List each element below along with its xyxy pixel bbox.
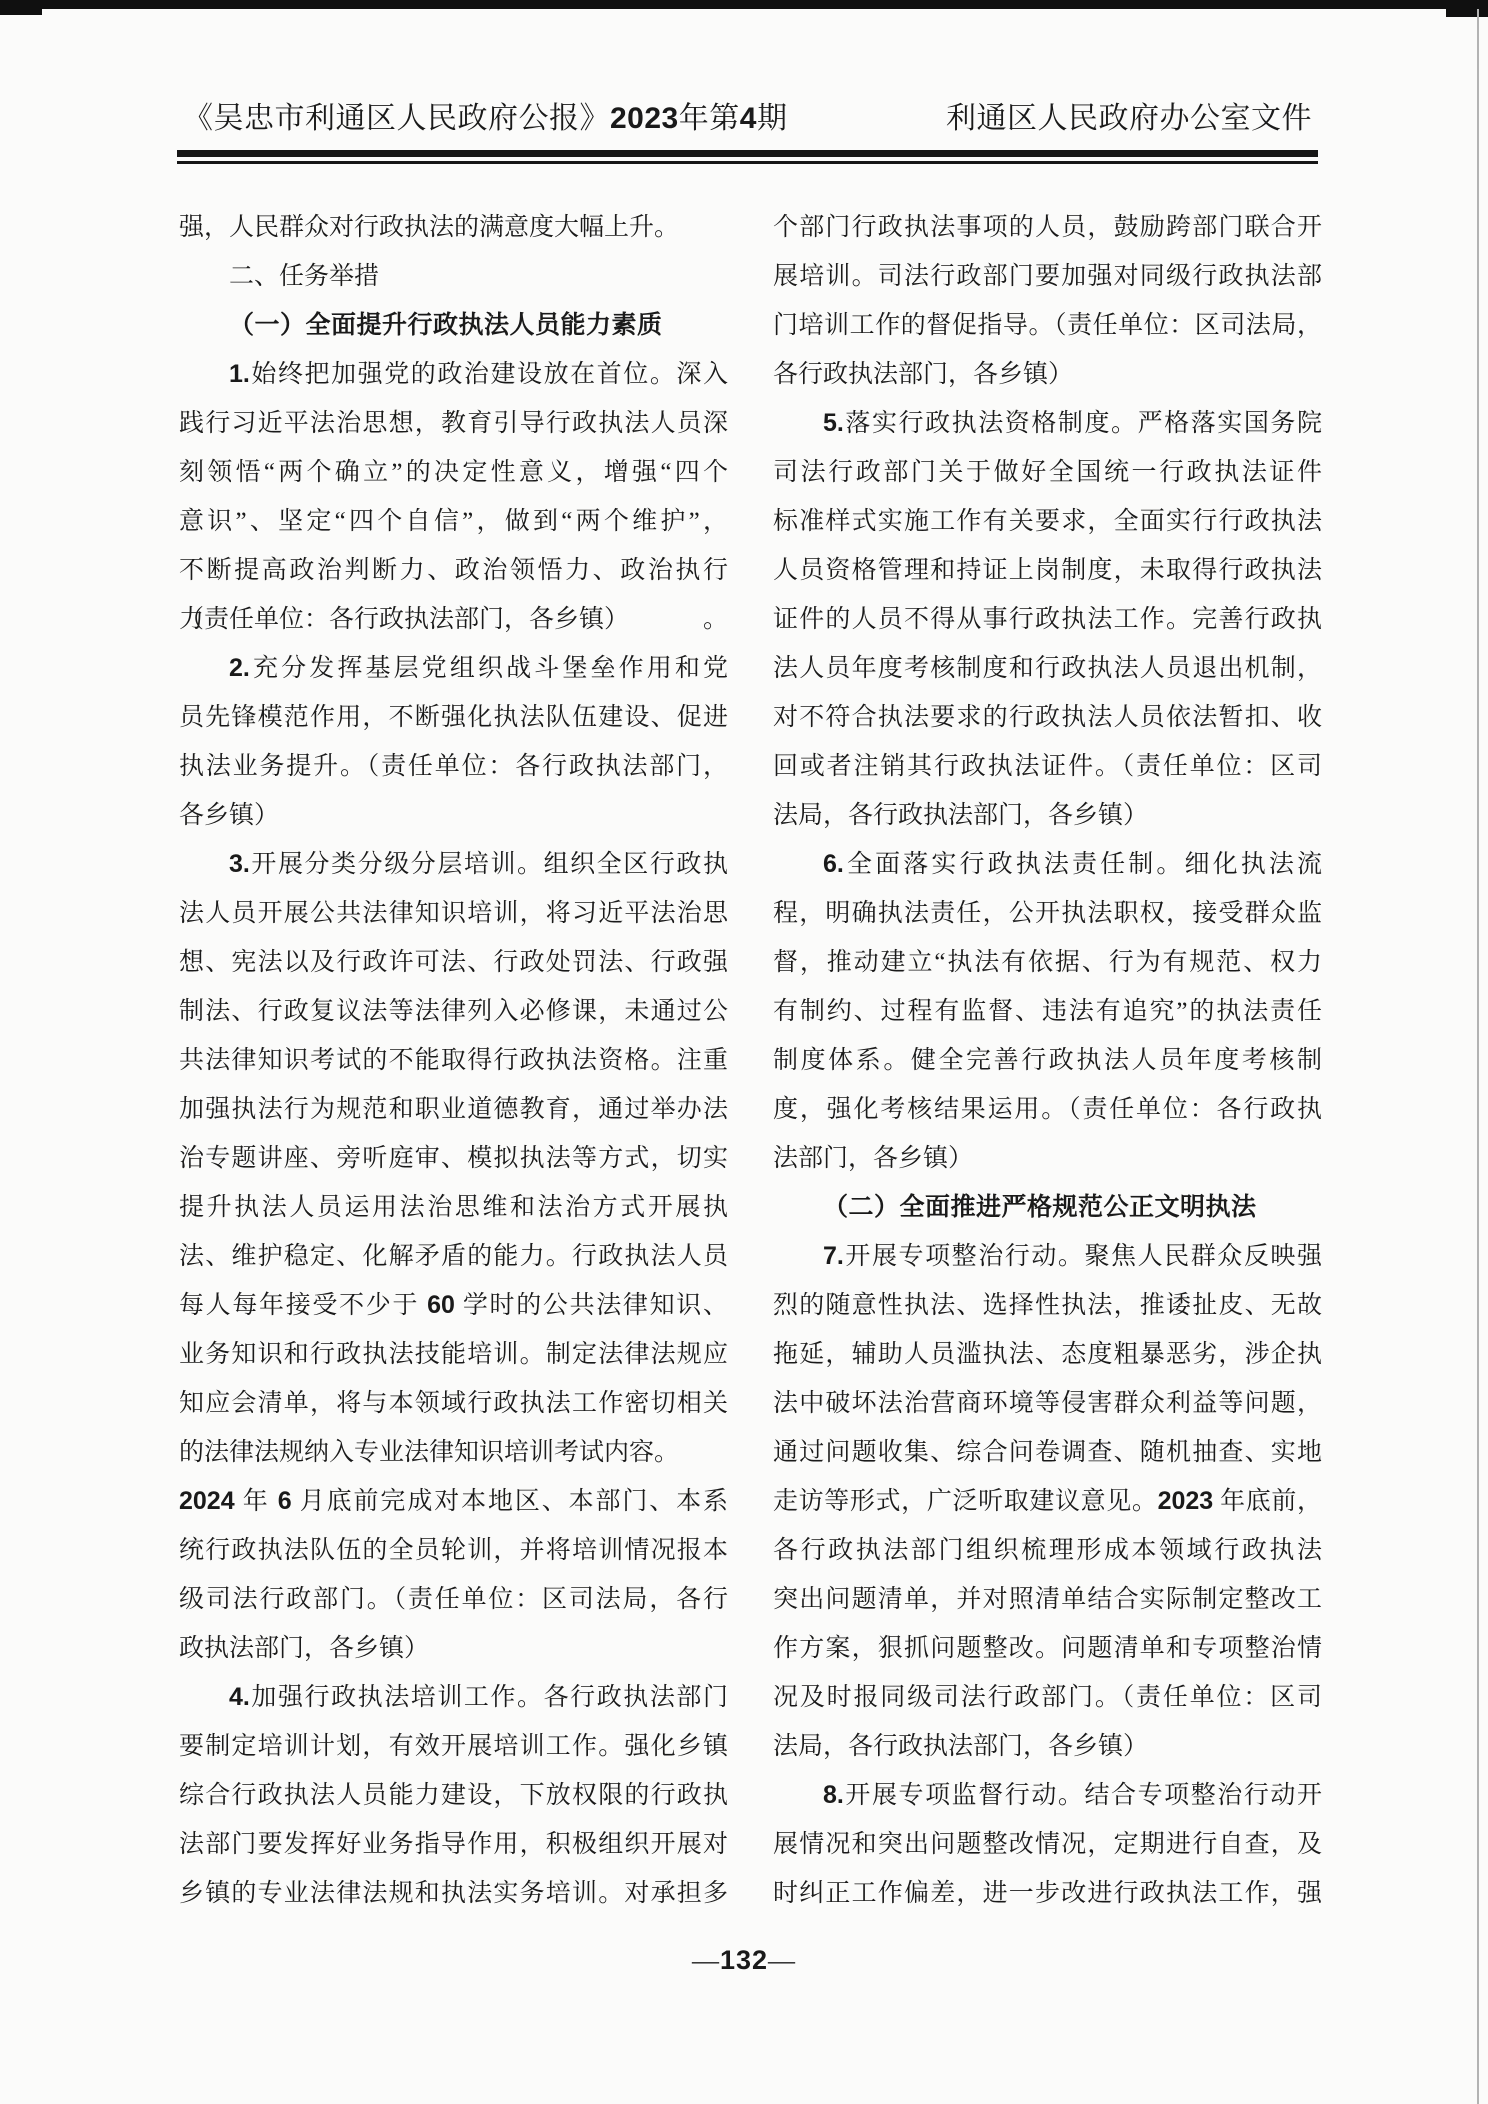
header-publication-title: 《吴忠市利通区人民政府公报》2023年第4期 xyxy=(183,101,787,137)
body-line: 展情况和突出问题整改情况，定期进行自查，及 xyxy=(773,1820,1322,1869)
body-line: 法人员年度考核制度和行政执法人员退出机制， xyxy=(773,644,1322,693)
chapter-heading: 二、任务举措 xyxy=(179,252,728,301)
body-line: 时纠正工作偏差，进一步改进行政执法工作，强 xyxy=(773,1869,1322,1918)
body-line: 证件的人员不得从事行政执法工作。完善行政执 xyxy=(773,595,1322,644)
body-line: 展培训。司法行政部门要加强对同级行政执法部 xyxy=(773,252,1322,301)
body-line: 加强执法行为规范和职业道德教育，通过举办法 xyxy=(179,1085,728,1134)
body-line: 刻领悟“两个确立”的决定性意义，增强“四个 xyxy=(179,448,728,497)
body-line: 法人员开展公共法律知识培训，将习近平法治思 xyxy=(179,889,728,938)
body-line: 政执法部门，各乡镇） xyxy=(179,1624,728,1673)
body-line: 4.加强行政执法培训工作。各行政执法部门 xyxy=(179,1673,728,1722)
body-line: 2024 年 6 月底前完成对本地区、本部门、本系 xyxy=(179,1477,728,1526)
body-line: 督，推动建立“执法有依据、行为有规范、权力 xyxy=(773,938,1322,987)
body-line: 3.开展分类分级分层培训。组织全区行政执 xyxy=(179,840,728,889)
body-line: 通过问题收集、综合问卷调查、随机抽查、实地 xyxy=(773,1428,1322,1477)
body-line: 级司法行政部门。（责任单位：区司法局，各行 xyxy=(179,1575,728,1624)
body-line: 强，人民群众对行政执法的满意度大幅上升。 xyxy=(179,203,728,252)
body-line: 乡镇的专业法律法规和执法实务培训。对承担多 xyxy=(179,1869,728,1918)
body-line: 要制定培训计划，有效开展培训工作。强化乡镇 xyxy=(179,1722,728,1771)
body-line: 共法律知识考试的不能取得行政执法资格。注重 xyxy=(179,1036,728,1085)
body-line: 业务知识和行政执法技能培训。制定法律法规应 xyxy=(179,1330,728,1379)
body-line: 6.全面落实行政执法责任制。细化执法流 xyxy=(773,840,1322,889)
section-heading: （二）全面推进严格规范公正文明执法 xyxy=(773,1183,1322,1232)
body-line: 各行政执法部门，各乡镇） xyxy=(773,350,1322,399)
body-line: 知应会清单，将与本领域行政执法工作密切相关 xyxy=(179,1379,728,1428)
body-line: 个部门行政执法事项的人员，鼓励跨部门联合开 xyxy=(773,203,1322,252)
body-line: 度，强化考核结果运用。（责任单位：各行政执 xyxy=(773,1085,1322,1134)
body-line: 意识”、坚定“四个自信”，做到“两个维护”， xyxy=(179,497,728,546)
scan-artifact-top-edge xyxy=(0,0,1488,9)
body-line: 每人每年接受不少于 60 学时的公共法律知识、 xyxy=(179,1281,728,1330)
body-line: 标准样式实施工作有关要求，全面实行行政执法 xyxy=(773,497,1322,546)
body-line: 1.始终把加强党的政治建设放在首位。深入 xyxy=(179,350,728,399)
body-line: 各行政执法部门组织梳理形成本领域行政执法 xyxy=(773,1526,1322,1575)
body-line: 7.开展专项整治行动。聚焦人民群众反映强 xyxy=(773,1232,1322,1281)
body-line: 综合行政执法人员能力建设，下放权限的行政执 xyxy=(179,1771,728,1820)
body-line: 程，明确执法责任，公开执法职权，接受群众监 xyxy=(773,889,1322,938)
header-double-rule-thick xyxy=(177,150,1318,157)
body-line: 员先锋模范作用，不断强化执法队伍建设、促进 xyxy=(179,693,728,742)
body-line: 法局，各行政执法部门，各乡镇） xyxy=(773,791,1322,840)
body-line: 践行习近平法治思想，教育引导行政执法人员深 xyxy=(179,399,728,448)
body-line: 执法业务提升。（责任单位：各行政执法部门， xyxy=(179,742,728,791)
body-line: 对不符合执法要求的行政执法人员依法暂扣、收 xyxy=(773,693,1322,742)
body-line: 统行政执法队伍的全员轮训，并将培训情况报本 xyxy=(179,1526,728,1575)
body-line: 8.开展专项监督行动。结合专项整治行动开 xyxy=(773,1771,1322,1820)
body-line: 制度体系。健全完善行政执法人员年度考核制 xyxy=(773,1036,1322,1085)
body-line: 司法行政部门关于做好全国统一行政执法证件 xyxy=(773,448,1322,497)
body-line: 想、宪法以及行政许可法、行政处罚法、行政强 xyxy=(179,938,728,987)
body-line: 5.落实行政执法资格制度。严格落实国务院 xyxy=(773,399,1322,448)
page-number: —132— xyxy=(0,1944,1488,1976)
body-line: 不断提高政治判断力、政治领悟力、政治执行力。 xyxy=(179,546,728,595)
body-line: 突出问题清单，并对照清单结合实际制定整改工 xyxy=(773,1575,1322,1624)
body-line: 2.充分发挥基层党组织战斗堡垒作用和党 xyxy=(179,644,728,693)
header-document-category: 利通区人民政府办公室文件 xyxy=(946,101,1312,137)
body-line: 有制约、过程有监督、违法有追究”的执法责任 xyxy=(773,987,1322,1036)
body-line: 治专题讲座、旁听庭审、模拟执法等方式，切实 xyxy=(179,1134,728,1183)
body-line: 走访等形式，广泛听取建议意见。2023 年底前， xyxy=(773,1477,1322,1526)
section-heading: （一）全面提升行政执法人员能力素质 xyxy=(179,301,728,350)
scan-artifact-top-left-corner xyxy=(0,0,42,15)
document-page: 《吴忠市利通区人民政府公报》2023年第4期 利通区人民政府办公室文件 强，人民… xyxy=(0,0,1488,2104)
body-line: 法部门要发挥好业务指导作用，积极组织开展对 xyxy=(179,1820,728,1869)
body-line: 制法、行政复议法等法律列入必修课，未通过公 xyxy=(179,987,728,1036)
header-double-rule-thin xyxy=(177,161,1318,164)
body-line: 提升执法人员运用法治思维和法治方式开展执 xyxy=(179,1183,728,1232)
body-line: 回或者注销其行政执法证件。（责任单位：区司 xyxy=(773,742,1322,791)
body-line: 各乡镇） xyxy=(179,791,728,840)
body-line: 法、维护稳定、化解矛盾的能力。行政执法人员 xyxy=(179,1232,728,1281)
body-line: 法局，各行政执法部门，各乡镇） xyxy=(773,1722,1322,1771)
body-line: 拖延，辅助人员滥执法、态度粗暴恶劣，涉企执 xyxy=(773,1330,1322,1379)
body-line: 门培训工作的督促指导。（责任单位：区司法局， xyxy=(773,301,1322,350)
text-column-right: 个部门行政执法事项的人员，鼓励跨部门联合开展培训。司法行政部门要加强对同级行政执… xyxy=(773,203,1322,1918)
body-line: 况及时报同级司法行政部门。（责任单位：区司 xyxy=(773,1673,1322,1722)
body-line: 法部门，各乡镇） xyxy=(773,1134,1322,1183)
body-line: 人员资格管理和持证上岗制度，未取得行政执法 xyxy=(773,546,1322,595)
body-line: 法中破坏法治营商环境等侵害群众利益等问题， xyxy=(773,1379,1322,1428)
body-line: 的法律法规纳入专业法律知识培训考试内容。 xyxy=(179,1428,728,1477)
scan-artifact-right-edge xyxy=(1477,9,1479,2104)
text-column-left: 强，人民群众对行政执法的满意度大幅上升。二、任务举措（一）全面提升行政执法人员能… xyxy=(179,203,728,1918)
body-line: 烈的随意性执法、选择性执法，推诿扯皮、无故 xyxy=(773,1281,1322,1330)
body-line: 作方案，狠抓问题整改。问题清单和专项整治情 xyxy=(773,1624,1322,1673)
scan-artifact-top-right-corner xyxy=(1446,0,1488,17)
